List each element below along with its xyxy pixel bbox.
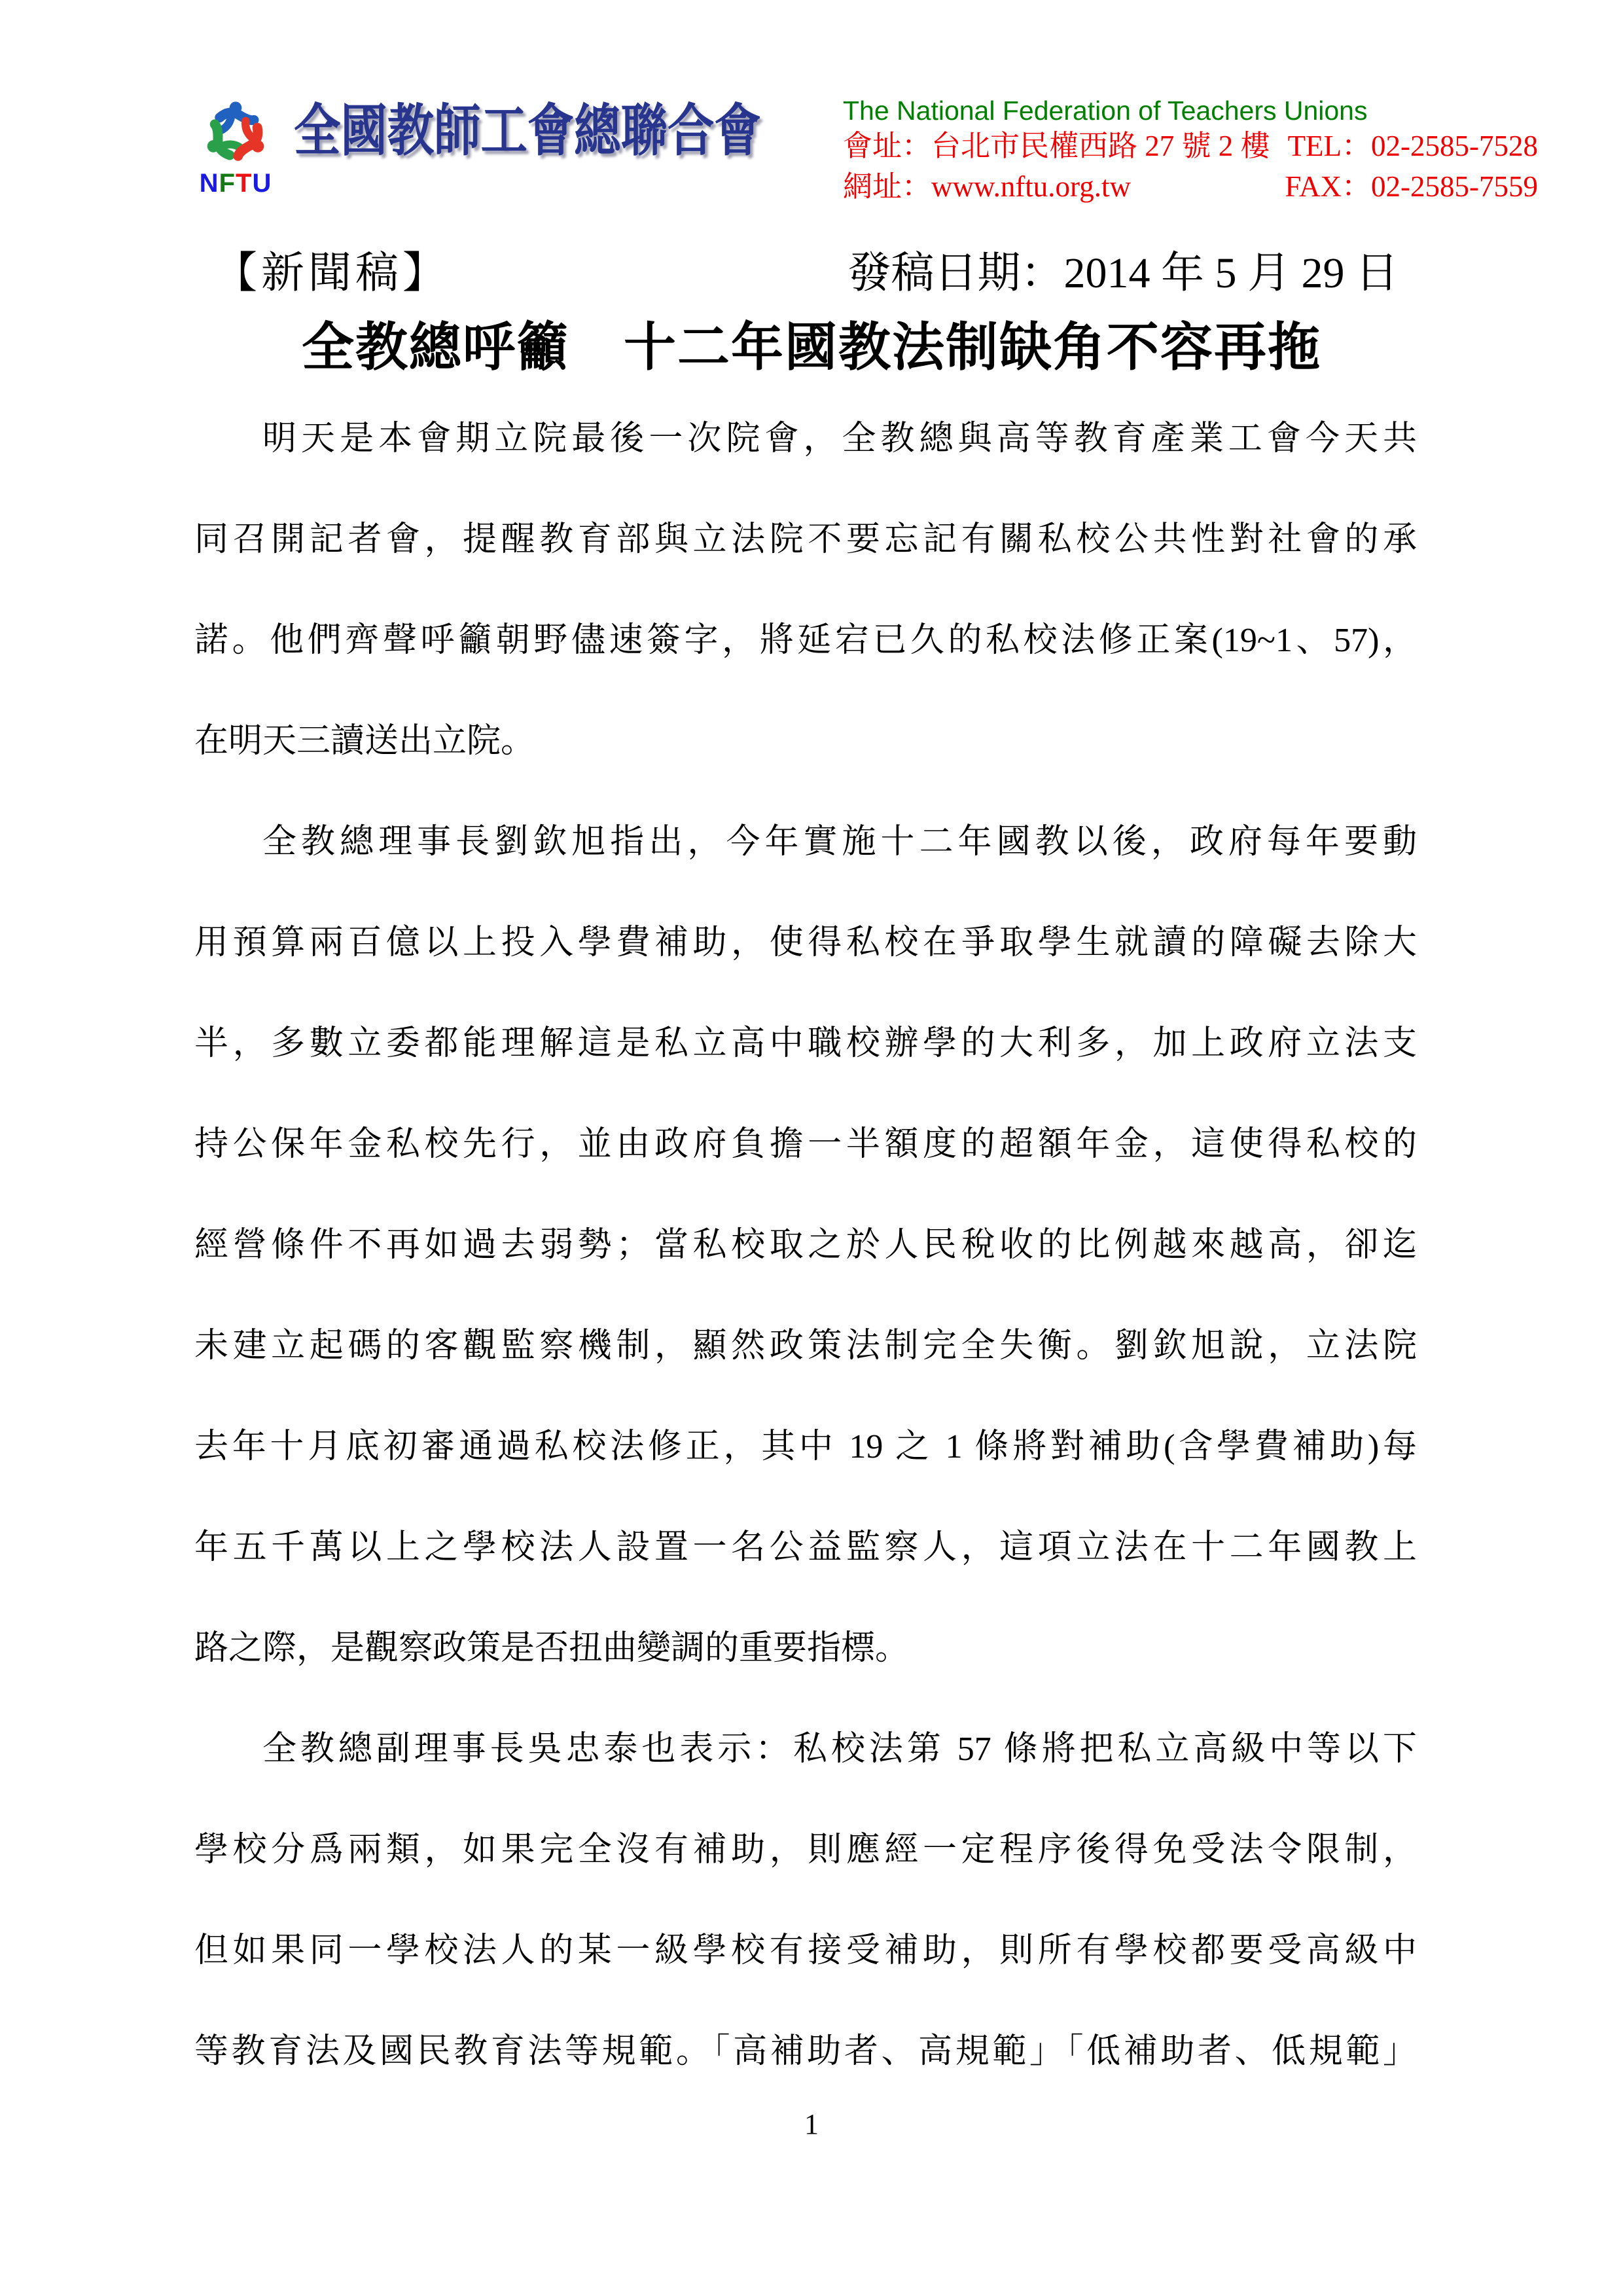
org-name-zh-wrap: 全國教師工會總聯合會 bbox=[294, 98, 772, 164]
body-line: 持公保年金私校先行，並由政府負擔一半額度的超額年金，這使得私校的 bbox=[194, 1094, 1417, 1195]
body-line: 去年十月底初審通過私校法修正，其中 19 之 1 條將對補助(含學費補助)每 bbox=[194, 1397, 1417, 1498]
body-line: 經營條件不再如過去弱勢；當私校取之於人民稅收的比例越來越高，卻迄 bbox=[194, 1195, 1417, 1296]
nftu-letter: N bbox=[200, 169, 219, 198]
nftu-triskelion-icon bbox=[196, 96, 276, 169]
press-release-tag: 【新聞稿】 bbox=[214, 242, 450, 305]
headline: 全教總呼籲 十二年國教法制缺角不容再拖 bbox=[0, 312, 1623, 385]
body-line: 用預算兩百億以上投入學費補助，使得私校在爭取學生就讀的障礙去除大 bbox=[194, 893, 1417, 994]
body-line: 半，多數立委都能理解這是私立高中職校辦學的大利多，加上政府立法支 bbox=[194, 994, 1417, 1094]
doc-meta-row: 【新聞稿】 發稿日期：2014 年 5 月 29 日 bbox=[214, 242, 1399, 305]
press-release-page: NFTU 全國教師工會總聯合會 The National Federation … bbox=[0, 0, 1623, 2296]
letterhead: NFTU 全國教師工會總聯合會 The National Federation … bbox=[193, 0, 1538, 220]
page-number: 1 bbox=[0, 2109, 1623, 2140]
nftu-letter: T bbox=[236, 169, 252, 198]
body-line: 路之際，是觀察政策是否扭曲變調的重要指標。 bbox=[194, 1598, 1417, 1699]
body-line: 全教總副理事長吳忠泰也表示：私校法第 57 條將把私立高級中等以下 bbox=[194, 1699, 1417, 1800]
body-line: 年五千萬以上之學校法人設置一名公益監察人，這項立法在十二年國教上 bbox=[194, 1498, 1417, 1598]
org-name-zh: 全國教師工會總聯合會 bbox=[294, 98, 690, 164]
org-tel: TEL：02-2585-7528 bbox=[1288, 126, 1538, 166]
body-line: 但如果同一學校法人的某一級學校有接受補助，則所有學校都要受高級中 bbox=[194, 1901, 1417, 2001]
nftu-letter: U bbox=[252, 169, 272, 198]
org-contact-block: The National Federation of Teachers Unio… bbox=[843, 96, 1538, 207]
body-line: 在明天三讀送出立院。 bbox=[194, 691, 1417, 792]
body-line: 學校分爲兩類，如果完全沒有補助，則應經一定程序後得免受法令限制， bbox=[194, 1800, 1417, 1901]
body-line: 全教總理事長劉欽旭指出，今年實施十二年國教以後，政府每年要動 bbox=[194, 792, 1417, 893]
body-paragraphs: 明天是本會期立院最後一次院會，全教總與高等教育產業工會今天共同召開記者會，提醒教… bbox=[194, 389, 1417, 2102]
org-website: 網址：www.nftu.org.tw bbox=[843, 166, 1131, 207]
nftu-acronym: NFTU bbox=[193, 170, 278, 196]
nftu-letter: F bbox=[219, 169, 236, 198]
nftu-logo-block: NFTU bbox=[193, 96, 278, 196]
org-name-en: The National Federation of Teachers Unio… bbox=[843, 96, 1538, 126]
org-fax: FAX：02-2585-7559 bbox=[1285, 166, 1538, 207]
org-address: 會址：台北市民權西路 27 號 2 樓 bbox=[843, 126, 1270, 166]
body-line: 未建立起碼的客觀監察機制，顯然政策法制完全失衡。劉欽旭說，立法院 bbox=[194, 1296, 1417, 1397]
body-line: 諾。他們齊聲呼籲朝野儘速簽字，將延宕已久的私校法修正案(19~1、57)， bbox=[194, 590, 1417, 691]
body-line: 明天是本會期立院最後一次院會，全教總與高等教育產業工會今天共 bbox=[194, 389, 1417, 490]
release-date: 發稿日期：2014 年 5 月 29 日 bbox=[848, 242, 1399, 305]
body-line: 等教育法及國民教育法等規範。「高補助者、高規範」「低補助者、低規範」 bbox=[194, 2001, 1417, 2102]
body-line: 同召開記者會，提醒教育部與立法院不要忘記有關私校公共性對社會的承 bbox=[194, 490, 1417, 590]
